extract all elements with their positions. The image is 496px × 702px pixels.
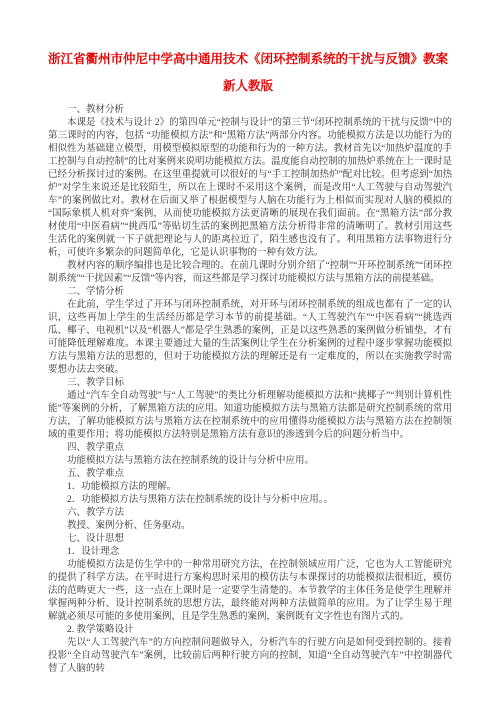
section-heading-6: 六、教学方法 [48, 507, 452, 520]
list-item-strategy-design: 2. 教学策略设计 [48, 624, 452, 637]
list-item-difficulty-1: 1．功能模拟方法的理解。 [48, 481, 452, 494]
paragraph-content-order: 教材内容的顺序编排也是比较合理的。在前几课时分别介绍了“控制”“开环控制系统”“… [48, 260, 452, 286]
list-item-design-concept: 1．设计理念 [48, 546, 452, 559]
paragraph-teaching-focus: 功能模拟方法与黑箱方法在控制系统的设计与分析中应用。 [48, 455, 452, 468]
document-title-line1: 浙江省衢州市仲尼中学高中通用技术《闭环控制系统的干扰与反馈》教案 [40, 46, 456, 73]
paragraph-strategy-design: 先以“人工驾驶汽车”的方向控制问题做导入，分析汽车的行驶方向是如何受到控制的。接… [48, 637, 452, 676]
section-heading-7: 七、设计思想 [48, 533, 452, 546]
section-heading-1: 一、教材分析 [48, 104, 452, 117]
document-body: 一、教材分析 本课是《技术与设计 2》的第四单元“控制与设计”的第三节“闭环控制… [0, 100, 496, 676]
document-title: 浙江省衢州市仲尼中学高中通用技术《闭环控制系统的干扰与反馈》教案 新人教版 [0, 46, 496, 100]
paragraph-design-concept: 功能模拟方法是仿生学中的一种常用研究方法，在控制领域应用广泛，它也为人工智能研究… [48, 559, 452, 624]
section-heading-5: 五、教学难点 [48, 468, 452, 481]
list-item-difficulty-2: 2．功能模拟方法与黑箱方法在控制系统的设计与分析中应用。。 [48, 494, 452, 507]
document-title-line2: 新人教版 [40, 73, 456, 100]
paragraph-student-analysis: 在此前，学生学过了开环与闭环控制系统，对开环与闭环控制系统的组成也都有了一定的认… [48, 299, 452, 377]
section-heading-4: 四、教学重点 [48, 442, 452, 455]
paragraph-textbook-analysis: 本课是《技术与设计 2》的第四单元“控制与设计”的第三节“闭环控制系统的干扰与反… [48, 117, 452, 260]
document-page: 浙江省衢州市仲尼中学高中通用技术《闭环控制系统的干扰与反馈》教案 新人教版 一、… [0, 0, 496, 702]
section-heading-3: 三、教学目标 [48, 377, 452, 390]
section-heading-2: 二、学情分析 [48, 286, 452, 299]
paragraph-teaching-goals: 通过“汽车全自动驾驶”与“人工驾驶”的类比分析理解功能模拟方法和“挑椰子”“判别… [48, 390, 452, 442]
paragraph-teaching-methods: 教授、案例分析、任务驱动。 [48, 520, 452, 533]
